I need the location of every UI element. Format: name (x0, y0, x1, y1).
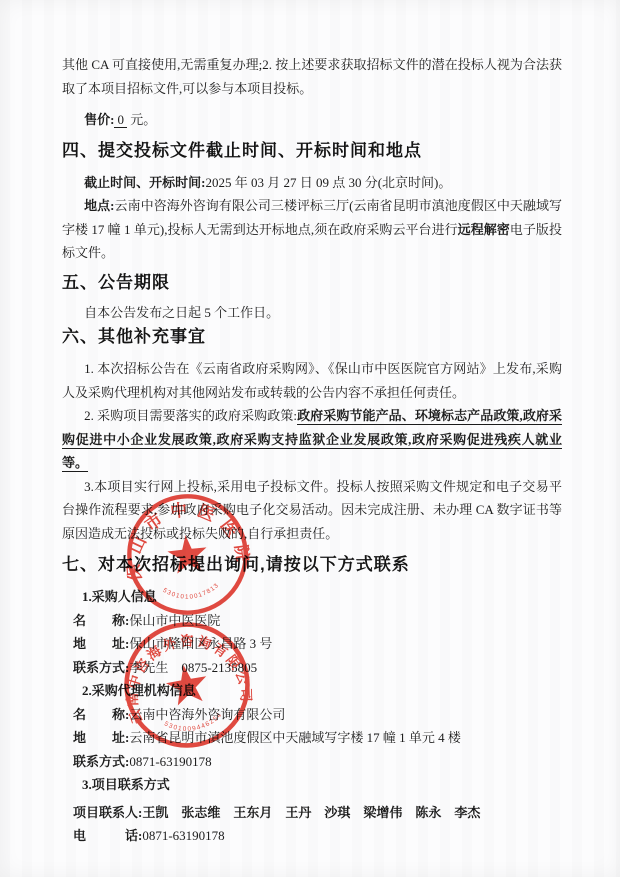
purchaser-name-line: 名 称:保山市中医医院 (62, 609, 562, 633)
purchaser-address-value: 保山市隆阳区永昌路 3 号 (129, 636, 272, 651)
supplement-item-1: 1. 本次招标公告在《云南省政府采购网》、《保山市中医医院官方网站》上发布,采购… (62, 357, 562, 404)
agency-address-value: 云南省昆明市滇池度假区中天融域写字楼 17 幢 1 单元 4 楼 (129, 730, 461, 745)
section-five-heading: 五、公告期限 (62, 270, 562, 295)
agency-address-label: 地 址: (73, 730, 129, 745)
purchaser-contact-label: 联系方式: (73, 660, 129, 675)
project-persons-label: 项目联系人: (73, 805, 142, 820)
supplement-item-3: 3.本项目实行网上投标,采用电子投标文件。投标人按照采购文件规定和电子交易平台操… (62, 475, 562, 546)
section-six-heading: 六、其他补充事宜 (62, 324, 562, 349)
agency-name-value: 云南中咨海外咨询有限公司 (129, 707, 285, 722)
project-phone-value: 0871-63190178 (142, 828, 224, 843)
deadline-text: 2025 年 03 月 27 日 09 点 30 分(北京时间)。 (205, 175, 451, 190)
purchaser-name-value: 保山市中医医院 (129, 613, 220, 628)
agency-name-line: 名 称:云南中咨海外咨询有限公司 (62, 703, 562, 727)
deadline-paragraph: 截止时间、开标时间:2025 年 03 月 27 日 09 点 30 分(北京时… (62, 171, 562, 195)
purchaser-name-label: 名 称: (73, 613, 129, 628)
agency-contact-label: 联系方式: (73, 754, 129, 769)
project-persons-line: 项目联系人:王凯 张志维 王东月 王丹 沙琪 梁增伟 陈永 李杰 (62, 801, 562, 825)
notice-period-paragraph: 自本公告发布之日起 5 个工作日。 (62, 301, 562, 325)
agency-info-heading: 2.采购代理机构信息 (62, 679, 562, 703)
purchaser-address-line: 地 址:保山市隆阳区永昌路 3 号 (62, 632, 562, 656)
policy-prefix: 2. 采购项目需要落实的政府采购政策: (84, 408, 297, 423)
document-page: 其他 CA 可直接使用,无需重复办理;2. 按上述要求获取招标文件的潜在投标人视… (0, 0, 620, 877)
supplement-item-2: 2. 采购项目需要落实的政府采购政策:政府采购节能产品、环境标志产品政策,政府采… (62, 404, 562, 475)
project-phone-line: 电 话:0871-63190178 (62, 824, 562, 848)
price-value: 0 (114, 112, 127, 128)
price-line: 售价:0 元。 (62, 108, 562, 132)
location-label: 地点: (84, 198, 114, 213)
project-contact-heading: 3.项目联系方式 (62, 773, 562, 797)
location-paragraph: 地点:云南中咨海外咨询有限公司三楼评标三厅(云南省昆明市滇池度假区中天融域写字楼… (62, 194, 562, 265)
purchaser-address-label: 地 址: (73, 636, 129, 651)
purchaser-contact-line: 联系方式:李先生 0875-2135805 (62, 656, 562, 680)
price-label: 售价: (84, 112, 114, 127)
agency-contact-value: 0871-63190178 (129, 754, 211, 769)
agency-contact-line: 联系方式:0871-63190178 (62, 750, 562, 774)
purchaser-info-heading: 1.采购人信息 (62, 585, 562, 609)
purchaser-contact-value: 李先生 0875-2135805 (129, 660, 257, 675)
price-suffix: 元。 (127, 112, 156, 127)
section-four-heading: 四、提交投标文件截止时间、开标时间和地点 (62, 138, 562, 163)
project-phone-label: 电 话: (73, 828, 142, 843)
intro-paragraph: 其他 CA 可直接使用,无需重复办理;2. 按上述要求获取招标文件的潜在投标人视… (62, 53, 562, 100)
section-seven-heading: 七、对本次招标提出询问,请按以下方式联系 (62, 552, 562, 577)
agency-address-line: 地 址:云南省昆明市滇池度假区中天融域写字楼 17 幢 1 单元 4 楼 (62, 726, 562, 750)
project-persons-value: 王凯 张志维 王东月 王丹 沙琪 梁增伟 陈永 李杰 (142, 805, 480, 820)
location-bold-text: 远程解密 (458, 222, 510, 237)
agency-name-label: 名 称: (73, 707, 129, 722)
deadline-label: 截止时间、开标时间: (84, 175, 205, 190)
